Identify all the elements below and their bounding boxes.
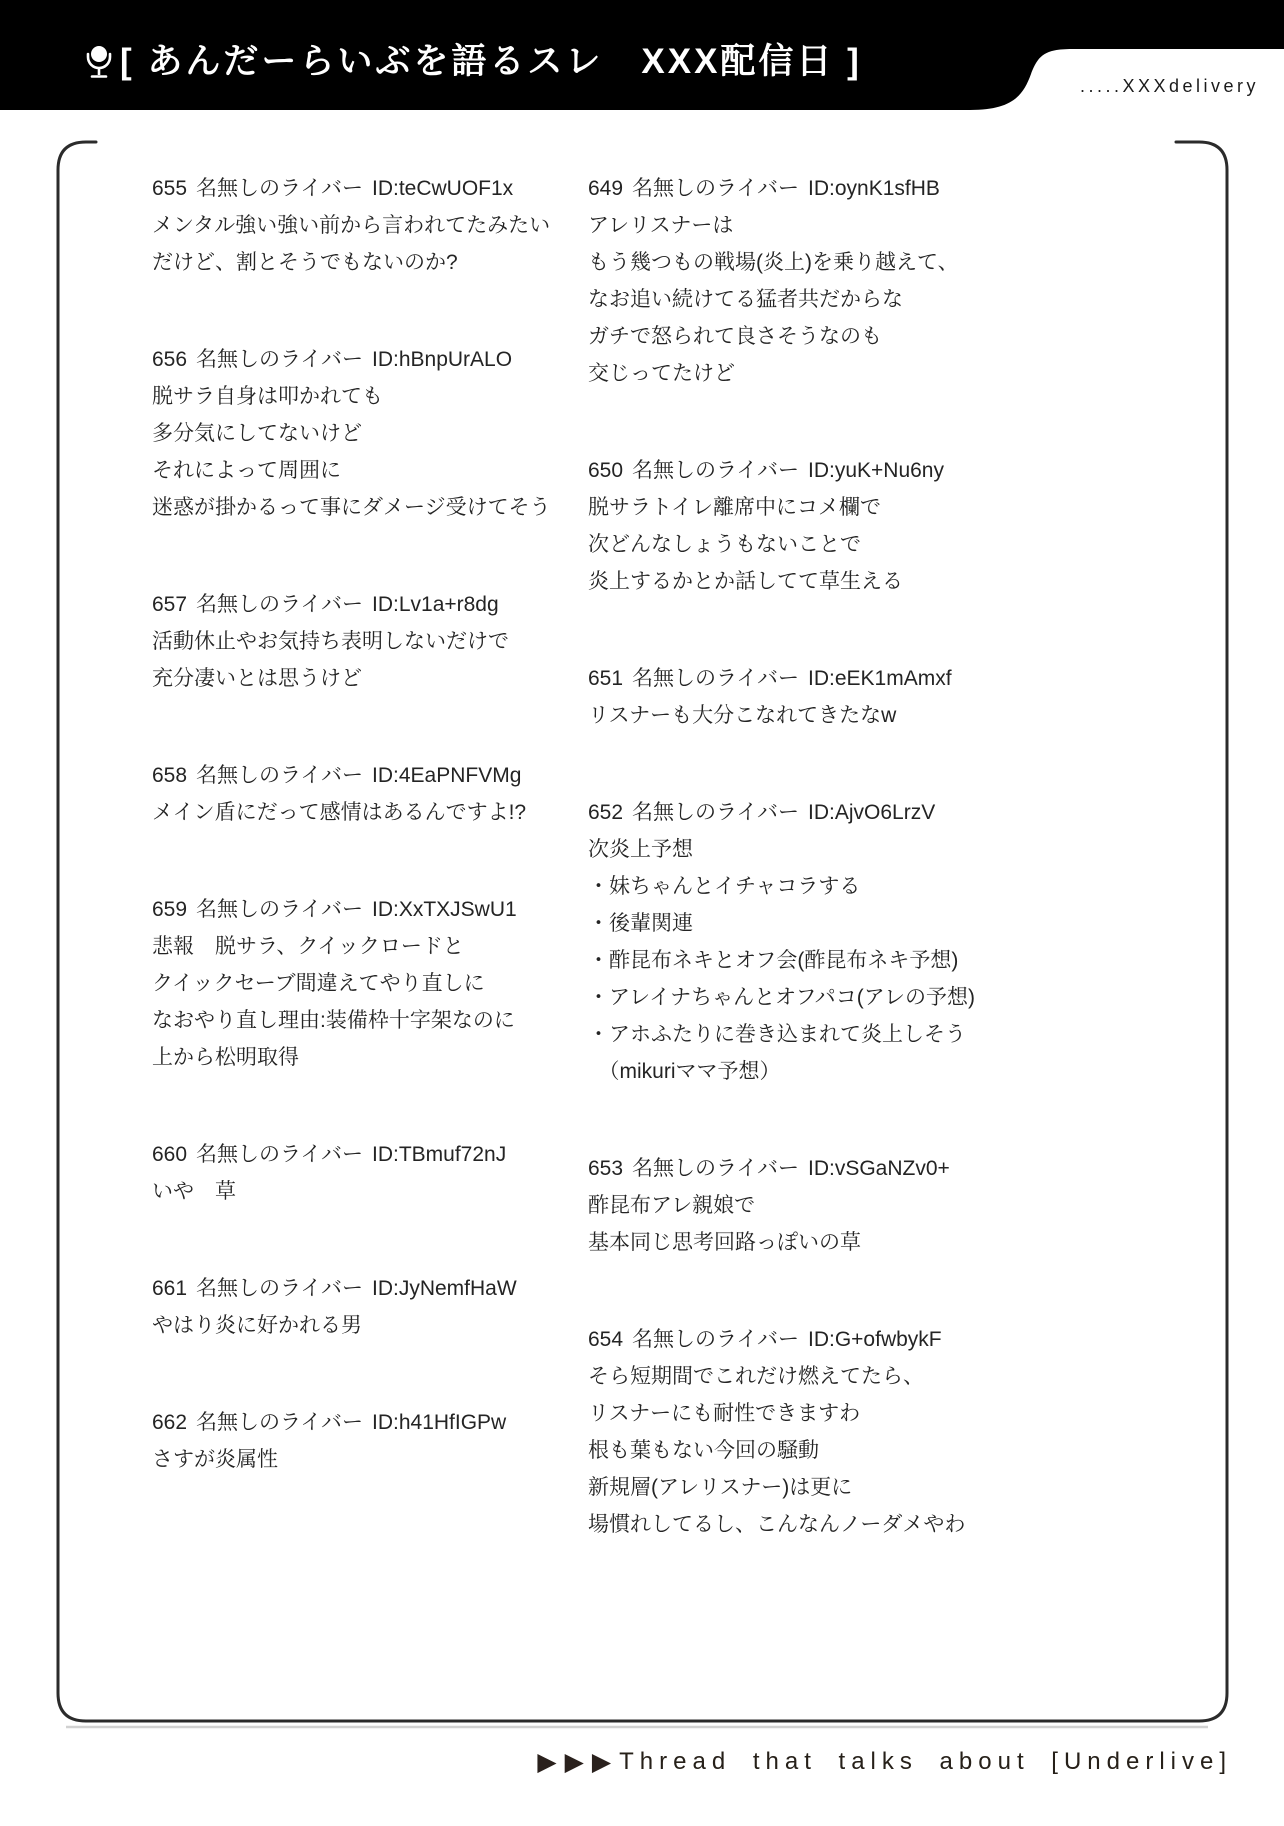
thread-post: 656名無しのライバーID:hBnpUrALO 脱サラ自身は叩かれても多分気にし…	[152, 341, 588, 526]
post-header: 658名無しのライバーID:4EaPNFVMg	[152, 757, 588, 794]
thread-post: 658名無しのライバーID:4EaPNFVMg メイン盾にだって感情はあるんです…	[152, 757, 588, 831]
thread-post: 654名無しのライバーID:G+ofwbykF そら短期間でこれだけ燃えてたら、…	[588, 1321, 1248, 1543]
post-line: 活動休止やお気持ち表明しないだけで	[152, 623, 588, 660]
footer: ▶ ▶ ▶ Thread that talks about [Underlive…	[537, 1747, 1232, 1777]
post-line: リスナーにも耐性できますわ	[588, 1395, 1248, 1432]
post-line: いや 草	[152, 1173, 588, 1210]
post-user-id: ID:yuK+Nu6ny	[808, 452, 944, 489]
post-user-id: ID:4EaPNFVMg	[372, 757, 521, 794]
post-line: さすが炎属性	[152, 1441, 588, 1478]
post-user-id: ID:XxTXJSwU1	[372, 891, 517, 928]
thread-post: 652名無しのライバーID:AjvO6LrzV 次炎上予想・妹ちゃんとイチャコラ…	[588, 794, 1248, 1090]
post-line: 炎上するかとか話してて草生える	[588, 563, 1248, 600]
post-line: （mikuriママ予想）	[588, 1053, 1248, 1090]
post-user-id: ID:h41HfIGPw	[372, 1404, 506, 1441]
arrow-icon: ▶	[565, 1747, 584, 1777]
post-body: 脱サラトイレ離席中にコメ欄で次どんなしょうもないことで炎上するかとか話してて草生…	[588, 489, 1248, 600]
post-header: 659名無しのライバーID:XxTXJSwU1	[152, 891, 588, 928]
thread-post: 655名無しのライバーID:teCwUOF1x メンタル強い強い前から言われてた…	[152, 170, 588, 281]
post-number: 656	[152, 341, 187, 378]
post-author: 名無しのライバー	[632, 1150, 799, 1187]
post-user-id: ID:AjvO6LrzV	[808, 794, 935, 831]
post-line: それによって周囲に	[152, 452, 588, 489]
post-line: 次どんなしょうもないことで	[588, 526, 1248, 563]
post-author: 名無しのライバー	[196, 1270, 363, 1307]
post-number: 651	[588, 660, 623, 697]
post-header: 653名無しのライバーID:vSGaNZv0+	[588, 1150, 1248, 1187]
post-user-id: ID:JyNemfHaW	[372, 1270, 517, 1307]
thread-column-right: 649名無しのライバーID:oynK1sfHB アレリスナーはもう幾つもの戦場(…	[588, 170, 1248, 1603]
post-body: さすが炎属性	[152, 1441, 588, 1478]
thread-post: 660名無しのライバーID:TBmuf72nJ いや 草	[152, 1136, 588, 1210]
thread-post: 653名無しのライバーID:vSGaNZv0+ 酢昆布アレ親娘で基本同じ思考回路…	[588, 1150, 1248, 1261]
post-user-id: ID:G+ofwbykF	[808, 1321, 942, 1358]
post-header: 656名無しのライバーID:hBnpUrALO	[152, 341, 588, 378]
post-header: 654名無しのライバーID:G+ofwbykF	[588, 1321, 1248, 1358]
post-body: メイン盾にだって感情はあるんですよ!?	[152, 794, 588, 831]
post-line: 脱サラトイレ離席中にコメ欄で	[588, 489, 1248, 526]
arrow-icon: ▶	[537, 1747, 556, 1777]
post-line: なおやり直し理由:装備枠十字架なのに	[152, 1002, 588, 1039]
post-body: いや 草	[152, 1173, 588, 1210]
post-line: ガチで怒られて良さそうなのも	[588, 318, 1248, 355]
post-line: 悲報 脱サラ、クイックロードと	[152, 928, 588, 965]
post-author: 名無しのライバー	[196, 891, 363, 928]
post-number: 653	[588, 1150, 623, 1187]
post-line: 新規層(アレリスナー)は更に	[588, 1469, 1248, 1506]
post-header: 650名無しのライバーID:yuK+Nu6ny	[588, 452, 1248, 489]
arrow-icon: ▶	[592, 1747, 611, 1777]
post-header: 649名無しのライバーID:oynK1sfHB	[588, 170, 1248, 207]
post-author: 名無しのライバー	[196, 1136, 363, 1173]
post-line: 交じってたけど	[588, 355, 1248, 392]
post-number: 652	[588, 794, 623, 831]
post-number: 659	[152, 891, 187, 928]
post-author: 名無しのライバー	[196, 586, 363, 623]
thread-post: 651名無しのライバーID:eEK1mAmxf リスナーも大分こなれてきたなw	[588, 660, 1248, 734]
post-line: 多分気にしてないけど	[152, 415, 588, 452]
thread-post: 661名無しのライバーID:JyNemfHaW やはり炎に好かれる男	[152, 1270, 588, 1344]
post-number: 649	[588, 170, 623, 207]
post-user-id: ID:TBmuf72nJ	[372, 1136, 506, 1173]
post-body: メンタル強い強い前から言われてたみたいだけど、割とそうでもないのか?	[152, 207, 588, 281]
post-author: 名無しのライバー	[632, 1321, 799, 1358]
post-user-id: ID:eEK1mAmxf	[808, 660, 952, 697]
post-line: だけど、割とそうでもないのか?	[152, 244, 588, 281]
thread-post: 650名無しのライバーID:yuK+Nu6ny 脱サラトイレ離席中にコメ欄で次ど…	[588, 452, 1248, 600]
post-user-id: ID:oynK1sfHB	[808, 170, 940, 207]
post-user-id: ID:hBnpUrALO	[372, 341, 512, 378]
post-line: 根も葉もない今回の騒動	[588, 1432, 1248, 1469]
footer-label: Thread that talks about [Underlive]	[619, 1747, 1232, 1777]
post-number: 655	[152, 170, 187, 207]
post-line: ・アホふたりに巻き込まれて炎上しそう	[588, 1016, 1248, 1053]
post-author: 名無しのライバー	[632, 660, 799, 697]
post-body: 悲報 脱サラ、クイックロードとクイックセーブ間違えてやり直しになおやり直し理由:…	[152, 928, 588, 1076]
post-line: ・アレイナちゃんとオフパコ(アレの予想)	[588, 979, 1248, 1016]
post-line: そら短期間でこれだけ燃えてたら、	[588, 1358, 1248, 1395]
post-line: 場慣れしてるし、こんなんノーダメやわ	[588, 1506, 1248, 1543]
thread-post: 657名無しのライバーID:Lv1a+r8dg 活動休止やお気持ち表明しないだけ…	[152, 586, 588, 697]
post-number: 650	[588, 452, 623, 489]
post-number: 662	[152, 1404, 187, 1441]
post-author: 名無しのライバー	[632, 794, 799, 831]
post-user-id: ID:Lv1a+r8dg	[372, 586, 499, 623]
post-header: 651名無しのライバーID:eEK1mAmxf	[588, 660, 1248, 697]
post-line: メンタル強い強い前から言われてたみたい	[152, 207, 588, 244]
post-line: 基本同じ思考回路っぽいの草	[588, 1224, 1248, 1261]
thread-post: 659名無しのライバーID:XxTXJSwU1 悲報 脱サラ、クイックロードとク…	[152, 891, 588, 1076]
post-body: やはり炎に好かれる男	[152, 1307, 588, 1344]
post-number: 660	[152, 1136, 187, 1173]
post-author: 名無しのライバー	[196, 1404, 363, 1441]
post-line: 脱サラ自身は叩かれても	[152, 378, 588, 415]
post-header: 661名無しのライバーID:JyNemfHaW	[152, 1270, 588, 1307]
post-line: なお追い続けてる猛者共だからな	[588, 281, 1248, 318]
post-body: 酢昆布アレ親娘で基本同じ思考回路っぽいの草	[588, 1187, 1248, 1261]
post-line: クイックセーブ間違えてやり直しに	[152, 965, 588, 1002]
post-line: やはり炎に好かれる男	[152, 1307, 588, 1344]
post-author: 名無しのライバー	[196, 170, 363, 207]
post-header: 660名無しのライバーID:TBmuf72nJ	[152, 1136, 588, 1173]
post-line: メイン盾にだって感情はあるんですよ!?	[152, 794, 588, 831]
post-number: 657	[152, 586, 187, 623]
post-line: もう幾つもの戦場(炎上)を乗り越えて、	[588, 244, 1248, 281]
post-line: 迷惑が掛かるって事にダメージ受けてそう	[152, 489, 588, 526]
thread-post: 662名無しのライバーID:h41HfIGPw さすが炎属性	[152, 1404, 588, 1478]
post-number: 661	[152, 1270, 187, 1307]
post-body: 次炎上予想・妹ちゃんとイチャコラする・後輩関連・酢昆布ネキとオフ会(酢昆布ネキ予…	[588, 831, 1248, 1090]
post-line: 酢昆布アレ親娘で	[588, 1187, 1248, 1224]
post-line: アレリスナーは	[588, 207, 1248, 244]
post-user-id: ID:vSGaNZv0+	[808, 1150, 950, 1187]
post-body: 活動休止やお気持ち表明しないだけで充分凄いとは思うけど	[152, 623, 588, 697]
post-header: 662名無しのライバーID:h41HfIGPw	[152, 1404, 588, 1441]
post-line: 次炎上予想	[588, 831, 1248, 868]
post-author: 名無しのライバー	[196, 341, 363, 378]
post-header: 657名無しのライバーID:Lv1a+r8dg	[152, 586, 588, 623]
post-body: アレリスナーはもう幾つもの戦場(炎上)を乗り越えて、なお追い続けてる猛者共だから…	[588, 207, 1248, 392]
post-header: 652名無しのライバーID:AjvO6LrzV	[588, 794, 1248, 831]
post-line: リスナーも大分こなれてきたなw	[588, 697, 1248, 734]
post-user-id: ID:teCwUOF1x	[372, 170, 513, 207]
thread-post: 649名無しのライバーID:oynK1sfHB アレリスナーはもう幾つもの戦場(…	[588, 170, 1248, 392]
post-author: 名無しのライバー	[196, 757, 363, 794]
post-line: ・酢昆布ネキとオフ会(酢昆布ネキ予想)	[588, 942, 1248, 979]
post-line: ・後輩関連	[588, 905, 1248, 942]
post-body: リスナーも大分こなれてきたなw	[588, 697, 1248, 734]
post-line: ・妹ちゃんとイチャコラする	[588, 868, 1248, 905]
post-line: 上から松明取得	[152, 1039, 588, 1076]
post-header: 655名無しのライバーID:teCwUOF1x	[152, 170, 588, 207]
post-number: 658	[152, 757, 187, 794]
post-author: 名無しのライバー	[632, 452, 799, 489]
post-number: 654	[588, 1321, 623, 1358]
post-body: そら短期間でこれだけ燃えてたら、リスナーにも耐性できますわ根も葉もない今回の騒動…	[588, 1358, 1248, 1543]
post-body: 脱サラ自身は叩かれても多分気にしてないけどそれによって周囲に迷惑が掛かるって事に…	[152, 378, 588, 526]
post-author: 名無しのライバー	[632, 170, 799, 207]
post-line: 充分凄いとは思うけど	[152, 660, 588, 697]
thread-column-left: 655名無しのライバーID:teCwUOF1x メンタル強い強い前から言われてた…	[152, 170, 588, 1538]
